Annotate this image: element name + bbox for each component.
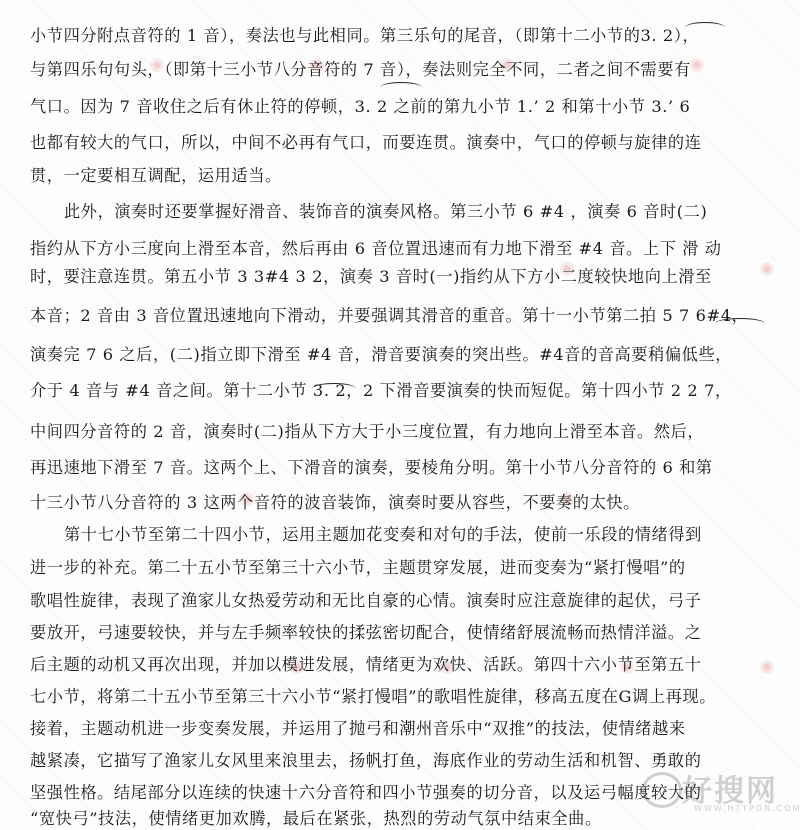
text-line: “宽快弓”技法，使情绪更加欢腾，最后在紧张，热烈的劳动气氛中结束全曲。 [30, 806, 602, 830]
text-line: 本音；2 音由 3 音位置迅速地向下滑动，并要强调其滑音的重音。第十一小节第二拍… [30, 303, 748, 329]
text-line: 七小节，将第二十五小节至第三十六小节“紧打慢唱”的歌唱性旋律，移高五度在G调上再… [30, 684, 716, 710]
text-line: 第十七小节至第二十四小节，运用主题加花变奏和对句的手法，使前一乐段的情绪得到 [64, 522, 702, 548]
text-line: 接着，主题动机进一步变奏发展，并运用了抛弓和潮州音乐中“双推”的技法，使情绪越来 [30, 716, 686, 742]
watermark-flower-icon [760, 660, 774, 674]
text-line: 气口。因为 7 音收住之后有休止符的停顿，3. 2 之前的第九小节 1.’ 2 … [30, 94, 690, 120]
logo-url: WWW.HTTPON.COM [694, 804, 800, 813]
text-line: 贯，一定要相互调配，运用适当。 [30, 163, 282, 189]
text-line: 歌唱性旋律，表现了渔家儿女热爱劳动和无比自豪的心情。演奏时应注意旋律的起伏，弓子 [30, 588, 702, 614]
text-line: 后主题的动机又再次出现，并加以模进发展，情绪更为欢快、活跃。第四十六小节至第五十 [30, 652, 702, 678]
document-page: 好搜网 WWW.HTTPON.COM 小节四分附点音符的 1 音），奏法也与此相… [0, 0, 800, 830]
text-line: 中间四分音符的 2 音，演奏时(二)指从下方大于小三度位置，有力地向上滑至本音。… [30, 419, 704, 445]
text-line: 十三小节八分音符的 3 这两个音符的波音装饰，演奏时要从容些，不要奏的太快。 [30, 490, 640, 516]
text-line: 与第四乐句句头，（即第十三小节八分音符的 7 音），奏法则完全不同，二者之间不需… [30, 57, 691, 83]
text-line: 此外，演奏时还要掌握好滑音、装饰音的演奏风格。第三小节 6 #4 ，演奏 6 音… [64, 199, 707, 225]
text-line: 演奏完 7 6 之后，(二)指立即下滑至 #4 音，滑音要演奏的突出些。#4音的… [30, 342, 732, 368]
text-line: 坚强性格。结尾部分以连续的快速十六分音符和四小节强奏的切分音，以及运弓幅度较大的 [30, 780, 702, 806]
text-line: 越紧凑，它描写了渔家儿女风里来浪里去，扬帆打鱼，海底作业的劳动生活和机智、勇敢的 [30, 748, 702, 774]
text-line: 小节四分附点音符的 1 音），奏法也与此相同。第三乐句的尾音，（即第十二小节的3… [30, 23, 699, 49]
text-line: 时，要注意连贯。第五小节 3 3#4 3 2，演奏 3 音时(一)指约从下方小二… [30, 264, 712, 290]
watermark-flower-icon [690, 58, 704, 72]
text-line: 进一步的补充。第二十五小节至第三十六小节，主题贯穿发展，进而变奏为“紧打慢唱”的 [30, 555, 686, 581]
watermark-flower-icon [760, 262, 774, 276]
text-line: 再迅速地下滑至 7 音。这两个上、下滑音的演奏，要棱角分明。第十小节八分音符的 … [30, 455, 713, 481]
text-line: 要放开，弓速要较快，并与左手频率较快的揉弦密切配合，使情绪舒展流畅而热情洋溢。之 [30, 620, 702, 646]
text-line: 也都有较大的气口，所以，中间不必再有气口，而要连贯。演奏中，气口的停顿与旋律的连 [30, 130, 702, 156]
slur-mark [380, 82, 422, 93]
text-line: 介于 4 音与 #4 音之间。第十二小节 3. 2，2 下滑音要演奏的快而短促。… [30, 378, 732, 404]
text-line: 指约从下方小三度向上滑至本音，然后再由 6 音位置迅速而有力地下滑至 #4 音。… [30, 236, 722, 262]
